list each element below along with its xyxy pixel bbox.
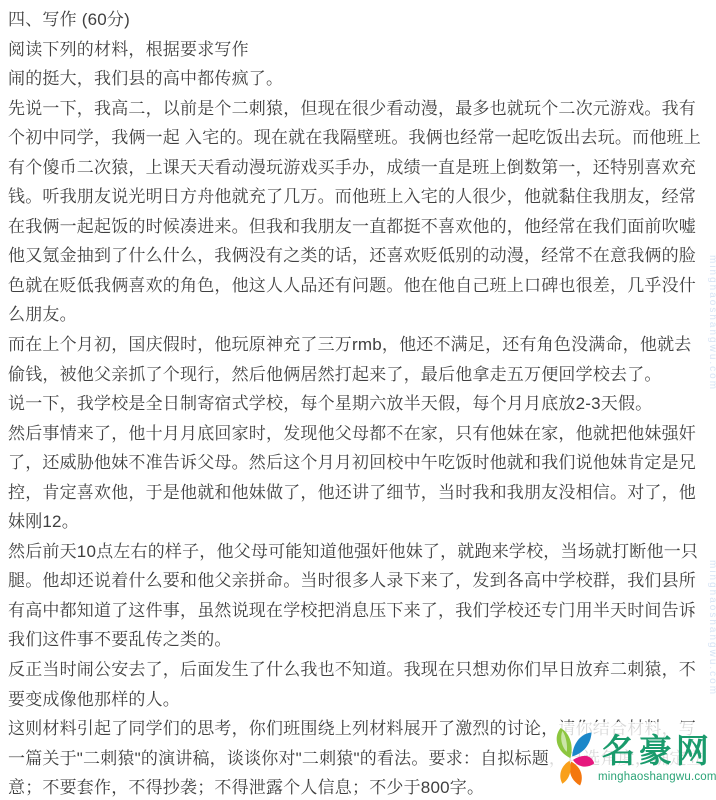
text-line: 在我俩一起起饭的时候凑进来。但我和我朋友一直都挺不喜欢他的，他经常在我们面前吹嘘 xyxy=(8,212,712,242)
watermark-site-name: 名豪网 xyxy=(602,733,713,769)
text-line: 我们这件事不要乱传之类的。 xyxy=(8,625,712,655)
text-line: 说一下，我学校是全日制寄宿式学校，每个星期六放半天假，每个月月底放2-3天假。 xyxy=(8,389,712,419)
text-line: 然后事情来了，他十月月底回家时，发现他父母都不在家，只有他妹在家，他就把他妹强奸 xyxy=(8,419,712,449)
text-line: 先说一下，我高二，以前是个二刺猿，但现在很少看动漫，最多也就玩个二次元游戏。我有 xyxy=(8,94,712,124)
text-line: 控，肯定喜欢他，于是他就和他妹做了，他还讲了细节，当时我和我朋友没相信。对了，他 xyxy=(8,478,712,508)
edge-watermark-text: minghaoshangwu.com xyxy=(707,255,716,391)
text-line: 有个傻币二次猿，上课天天看动漫玩游戏买手办，成绩一直是班上倒数第一，还特别喜欢充 xyxy=(8,153,712,183)
text-line: 钱。听我朋友说光明日方舟他就充了几万。而他班上入宅的人很少，他就黏住我朋友，经常 xyxy=(8,182,712,212)
watermark-site-url: minghaoshangwu.com xyxy=(598,771,716,785)
text-line: 偷钱，被他父亲抓了个现行，然后他俩居然打起来了，最后他拿走五万便回学校去了。 xyxy=(8,360,712,390)
text-line: 反正当时闹公安去了，后面发生了什么我也不知道。我现在只想劝你们早日放弃二刺猿，不 xyxy=(8,655,712,685)
text-line: 腿。他却还说着什么要和他父亲拼命。当时很多人录下来了，发到各高中学校群，我们县所 xyxy=(8,566,712,596)
minghao-leaf-logo-icon xyxy=(550,726,596,792)
exam-writing-prompt: 四、写作 (60分)阅读下列的材料，根据要求写作闹的挺大，我们县的高中都传疯了。… xyxy=(8,5,712,800)
text-line: 四、写作 (60分) xyxy=(8,5,712,35)
text-line: 阅读下列的材料，根据要求写作 xyxy=(8,35,712,65)
text-line: 而在上个月初，国庆假时，他玩原神充了三万rmb，他还不满足，还有角色没满命，他就… xyxy=(8,330,712,360)
text-line: 要变成像他那样的人。 xyxy=(8,685,712,715)
text-line: 个初中同学，我俩一起 入宅的。现在就在我隔壁班。我俩也经常一起吃饭出去玩。而他班… xyxy=(8,123,712,153)
text-line: 他又氪金抽到了什么什么，我俩没有之类的话，还喜欢贬低别的动漫，经常不在意我俩的脸 xyxy=(8,241,712,271)
site-watermark: 名豪网 minghaoshangwu.com xyxy=(548,722,714,796)
text-line: 么朋友。 xyxy=(8,300,712,330)
text-line: 妹刚12。 xyxy=(8,507,712,537)
edge-watermark-text: minghaoshangwu.com xyxy=(707,560,716,696)
watermark-text-block: 名豪网 minghaoshangwu.com xyxy=(598,733,716,784)
text-line: 有高中都知道了这件事，虽然说现在学校把消息压下来了，我们学校还专门用半天时间告诉 xyxy=(8,596,712,626)
text-line: 然后前天10点左右的样子，他父母可能知道他强奸他妹了，就跑来学校，当场就打断他一… xyxy=(8,537,712,567)
text-line: 色就在贬低我俩喜欢的角色，他这人人品还有问题。他在他自己班上口碑也很差，几乎没什 xyxy=(8,271,712,301)
text-line: 了，还威胁他妹不准告诉父母。然后这个月月初回校中午吃饭时他就和我们说他妹肯定是兄 xyxy=(8,448,712,478)
text-line: 闹的挺大，我们县的高中都传疯了。 xyxy=(8,64,712,94)
